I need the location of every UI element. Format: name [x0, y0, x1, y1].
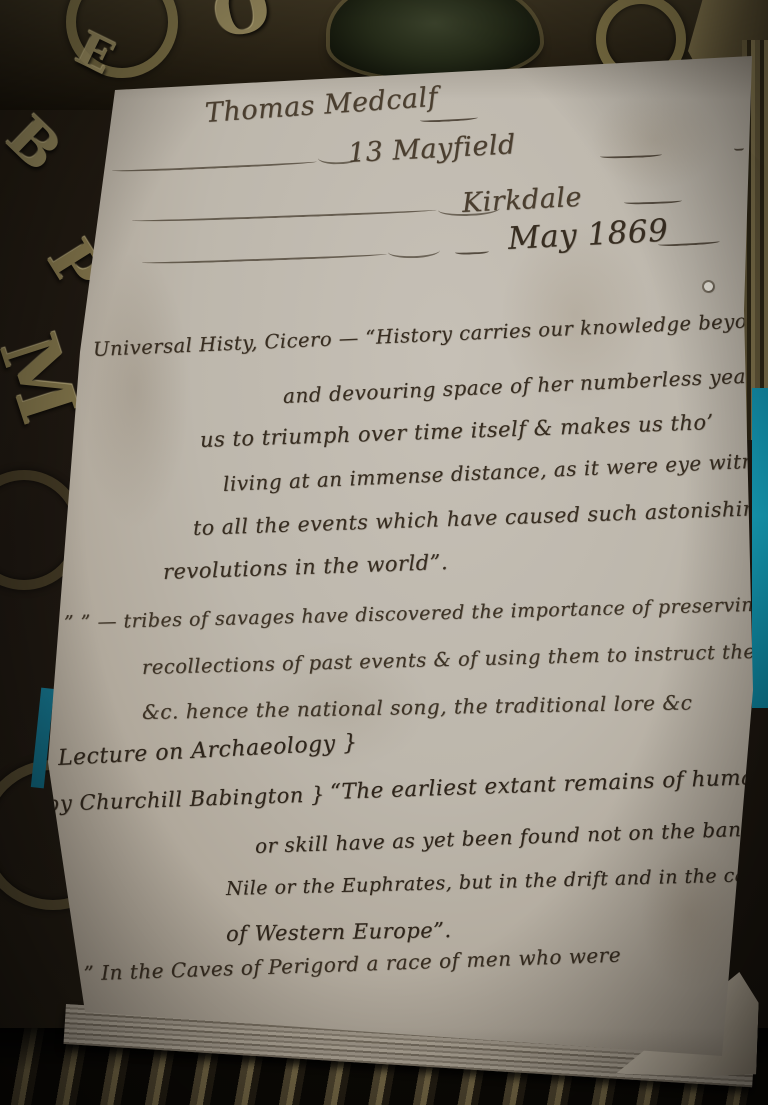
brass-letter: B	[0, 107, 70, 180]
manuscript-line: of Western Europe”.	[226, 920, 452, 945]
lecture-author: by Churchill Babington }	[46, 784, 326, 815]
ink-tick	[734, 146, 744, 151]
ink-rule	[142, 251, 387, 265]
photo-canvas: O E B P M Thomas Medcalf 13 Mayfield Kir…	[0, 0, 768, 1105]
brass-letter: M	[0, 326, 88, 432]
brass-crest-icon	[330, 0, 540, 78]
manuscript-line: ” ” In the Caves of Perigord a race of m…	[66, 945, 622, 984]
notebook-page: Thomas Medcalf 13 Mayfield Kirkdale May …	[0, 0, 768, 1105]
manuscript-line: ” ” — tribes of savages have discovered …	[64, 595, 768, 633]
address-line: 13 Mayfield	[347, 131, 516, 167]
ink-rule	[112, 159, 317, 173]
manuscript-line: revolutions in the world”.	[163, 552, 449, 583]
manuscript-line: “The earliest extant remains of human ha…	[330, 762, 768, 803]
ink-flourish-dash	[624, 198, 682, 205]
turquoise-sliver-right	[752, 388, 768, 708]
paper-stain	[640, 840, 740, 990]
paper-hole	[704, 282, 713, 291]
manuscript-line: &c. hence the national song, the traditi…	[142, 692, 693, 722]
manuscript-line: Universal Histy, Cicero — “History carri…	[93, 306, 768, 359]
ink-flourish-dash	[420, 115, 478, 123]
manuscript-line: living at an immense distance, as it wer…	[223, 448, 768, 494]
ink-flourish-dash	[455, 249, 489, 255]
manuscript-line: us to triumph over time itself & makes u…	[200, 412, 714, 451]
date-line: May 1869	[507, 216, 669, 255]
paper-stain	[80, 250, 190, 530]
ink-squiggle	[388, 248, 440, 259]
ink-rule	[132, 207, 437, 223]
owner-name: Thomas Medcalf	[204, 84, 439, 127]
paper-stain	[590, 90, 720, 190]
manuscript-line: to all the events which have caused such…	[193, 498, 768, 539]
manuscript-line: recollections of past events & of using …	[142, 640, 768, 678]
